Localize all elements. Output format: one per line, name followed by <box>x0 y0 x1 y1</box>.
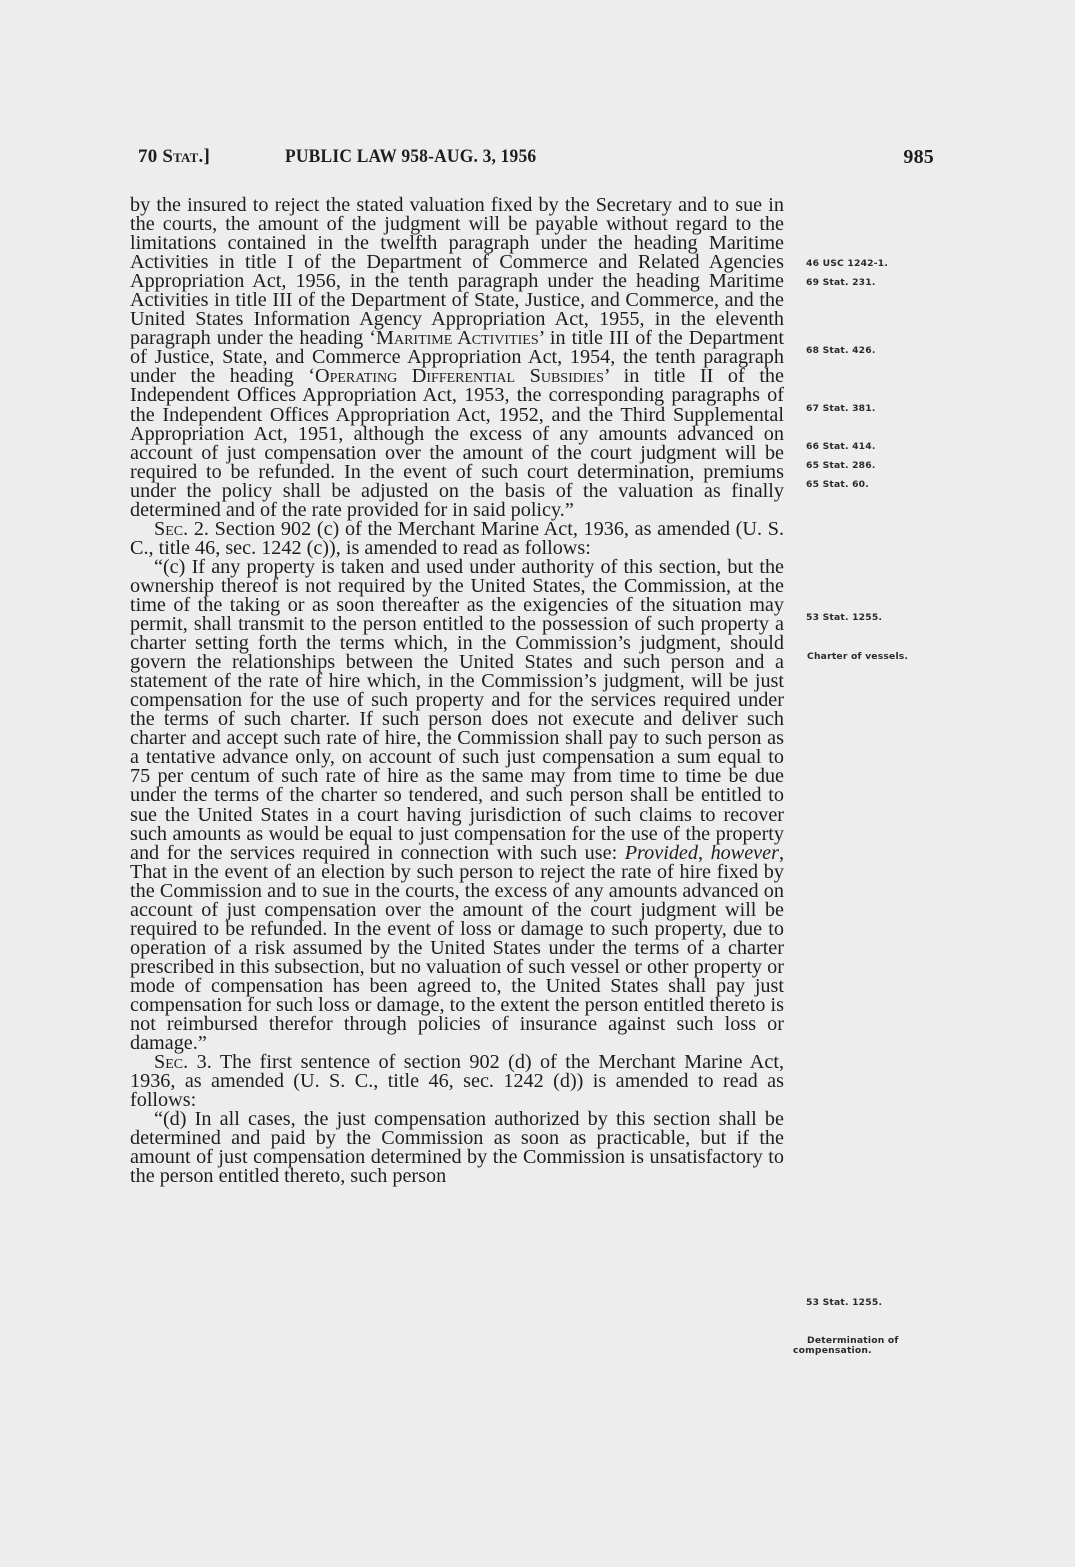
header-title: PUBLIC LAW 958-AUG. 3, 1956 <box>285 146 536 168</box>
margin-citation: 65 Stat. 286. <box>806 460 876 471</box>
margin-citation: 68 Stat. 426. <box>806 345 876 356</box>
margin-citation: 53 Stat. 1255. <box>806 1297 882 1308</box>
body-text: by the insured to reject the stated valu… <box>130 196 784 1186</box>
section-3-paragraph: Sec. 3. The first sentence of section 90… <box>130 1053 784 1110</box>
margin-citation: 53 Stat. 1255. <box>806 612 882 623</box>
margin-citation: 67 Stat. 381. <box>806 403 876 414</box>
margin-citation: 66 Stat. 414. <box>806 441 876 452</box>
margin-citation: 65 Stat. 60. <box>806 479 869 490</box>
statute-volume: 70 Stat.] <box>138 146 210 168</box>
margin-citation: 46 USC 1242-1. <box>806 258 888 269</box>
running-header: 70 Stat.] PUBLIC LAW 958-AUG. 3, 1956 98… <box>138 146 934 174</box>
subsection-c-paragraph: “(c) If any property is taken and used u… <box>130 558 784 1053</box>
margin-citation: 69 Stat. 231. <box>806 277 876 288</box>
section-2-paragraph: Sec. 2. Section 902 (c) of the Merchant … <box>130 520 784 558</box>
page-number: 985 <box>903 146 934 169</box>
document-page: 70 Stat.] PUBLIC LAW 958-AUG. 3, 1956 98… <box>0 0 1075 1567</box>
paragraph-continuation: by the insured to reject the stated valu… <box>130 196 784 520</box>
margin-heading: Determination of compensation. <box>793 1336 928 1356</box>
subsection-d-paragraph: “(d) In all cases, the just compensation… <box>130 1110 784 1186</box>
margin-heading: Charter of vessels. <box>793 652 928 662</box>
